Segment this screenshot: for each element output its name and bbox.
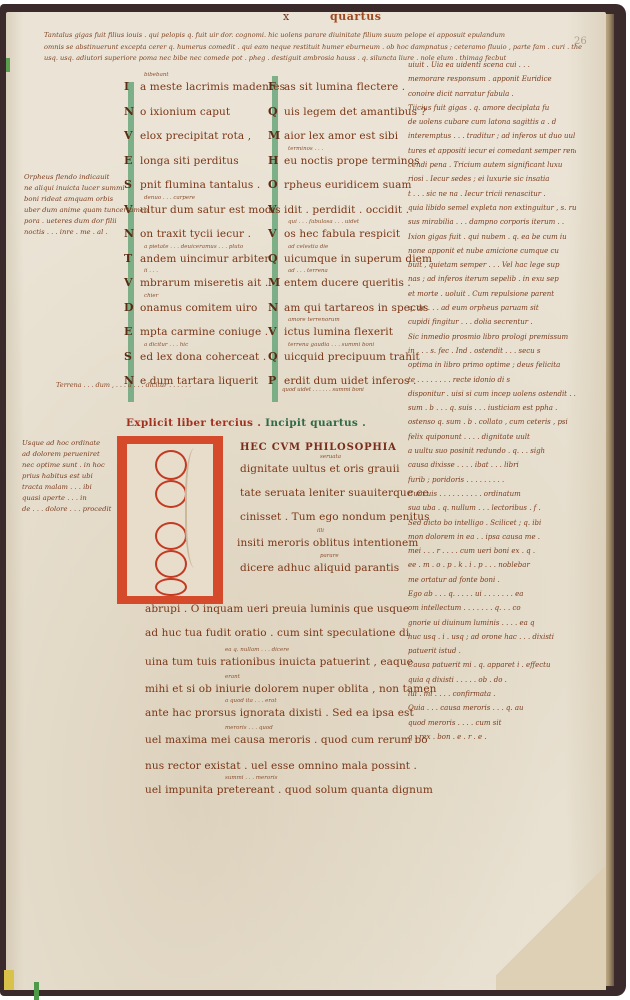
prose-line: uina tum tuis rationibus inuicta patueri…: [145, 656, 413, 668]
interlinear-gloss: terminos . . .: [288, 146, 323, 152]
verse-line: Heu noctis prope terminos: [268, 154, 420, 176]
prose-line: uel maxima mei causa meroris . quod cum …: [145, 734, 428, 746]
bottom-verse-gloss-mid: quod uidet . . . . . . summi boni: [282, 385, 402, 396]
prose-line: dignitate uultus et oris grauii: [240, 463, 400, 475]
interlinear-gloss: ii . . .: [144, 268, 158, 274]
interlinear-gloss: terrena gaudia . . . summi boni: [288, 342, 374, 348]
commentary-line: causa dixisse . . . . ibat . . . libri: [408, 458, 576, 472]
verse-initial: H: [268, 154, 284, 167]
top-gloss-line: Tantalus gigas fuit filius iouis . qui p…: [44, 30, 584, 42]
bookmark-ribbon-top: [6, 58, 10, 72]
verse-text: ultur dum satur est modis: [140, 204, 281, 216]
verse-text: o ixionium caput: [140, 106, 230, 118]
commentary-line: buit , quietam semper . . . Vel hac lege…: [408, 258, 576, 272]
verse-initial: E: [124, 325, 140, 338]
verse-initial: Q: [268, 105, 284, 118]
commentary-line: mon dolorem in ea . . ipsa causa me .: [408, 530, 576, 544]
verse-initial: S: [124, 350, 140, 363]
verse-line: Mentem ducere queritis .: [268, 276, 411, 298]
verse-text: andem uincimur arbiter: [140, 253, 269, 265]
commentary-line: sus mirabilia . . . dampno corporis iter…: [408, 215, 576, 229]
prose-line: ante hac prorsus ignorata dixisti . Sed …: [145, 707, 414, 719]
verse-line: Velox precipitat rota ,: [124, 129, 251, 151]
verse-text: ictus lumina flexerit: [284, 326, 393, 338]
verse-initial: Q: [268, 252, 284, 265]
commentary-line: ee . m . o . p . k . i . p . . . nobleba…: [408, 558, 576, 572]
verse-text: ed lex dona coherceat .: [140, 351, 266, 363]
verse-line: Ia meste lacrimis madentes: [124, 80, 285, 102]
interlinear-gloss: seruata: [320, 454, 341, 460]
prose-line: dicere adhuc aliquid parantis: [240, 562, 399, 574]
commentary-line: de uolens cubare cum latona sagittis a .…: [408, 115, 576, 129]
commentary-line: uiuit . Uia ea uidenti scena cui . . .: [408, 58, 576, 72]
commentary-line: et morte . uoluit . Cum repulsione paren…: [408, 287, 576, 301]
verse-initial: V: [124, 129, 140, 142]
verse-initial: M: [268, 276, 284, 289]
initial-figure-human: [185, 448, 209, 568]
commentary-line: none apponit et nube amicione cumque cu: [408, 244, 576, 258]
commentary-line: Ixion gigas fuit . qui nubem . q. ea be …: [408, 230, 576, 244]
verse-text: eu noctis prope terminos: [284, 155, 420, 167]
verse-text: rpheus euridicem suam: [284, 179, 412, 191]
bookmark-ribbon-green: [34, 982, 39, 1000]
commentary-line: in . . . s. fec . Ind . ostendit . . . s…: [408, 344, 576, 358]
commentary-line: lui . mi . . . . confirmata .: [408, 687, 576, 701]
verse-initial: V: [124, 276, 140, 289]
commentary-line: optima in libro primo optime ; deus feli…: [408, 358, 576, 372]
commentary-line: me ortatur ad fonte boni .: [408, 573, 576, 587]
verse-initial: N: [268, 301, 284, 314]
verse-initial: N: [124, 105, 140, 118]
interlinear-gloss: ad celestia die: [288, 244, 328, 250]
verse-initial: T: [124, 252, 140, 265]
verse-initial: V: [268, 227, 284, 240]
commentary-line: memorare responsum . apponit Euridice: [408, 72, 576, 86]
interlinear-gloss: bibebant: [144, 72, 169, 78]
commentary-line: interemptus . . . traditur ; ad inferos …: [408, 129, 576, 143]
verse-line: Sed lex dona coherceat .: [124, 350, 266, 372]
interlinear-gloss: qui . . . fabulosa . . . uidet: [288, 219, 359, 225]
commentary-line: om intellectum . . . . . . . q. . . co: [408, 601, 576, 615]
commentary-line: quod meroris . . . . cum sit: [408, 716, 576, 730]
commentary-line: riosi . Iecur sedes ; ei luxurie sic ins…: [408, 172, 576, 186]
commentary-line: cendi pena . Tricium autem significant l…: [408, 158, 576, 172]
commentary-line: furib ; poridoris . . . . . . . . .: [408, 473, 576, 487]
commentary-line: Causa patuerit mi . q. apparet i . effec…: [408, 658, 576, 672]
prose-line: tate seruata leniter suauiterque ce: [240, 487, 429, 499]
commentary-line: Sic inmedio prosmio libro prologi premis…: [408, 330, 576, 344]
interlinear-gloss: parare: [320, 553, 339, 559]
prose-line: nus rector existat . uel esse omnino mal…: [145, 760, 417, 772]
interlinear-gloss: amore terrenorum: [288, 317, 340, 323]
commentary-line: huc usq . i . usq ; ad orone hac . . . d…: [408, 630, 576, 644]
commentary-line: t . . . sic ne na . Iecur tricii renasci…: [408, 187, 576, 201]
margin-mark: x: [283, 10, 289, 23]
bookmark-ribbon-yellow: [4, 970, 14, 990]
initial-figure-panel: [127, 444, 213, 596]
right-margin-commentary: uiuit . Uia ea uidenti scena cui . . .me…: [408, 58, 576, 744]
left-margin-gloss-orpheus: Orpheus flendo indicauit ne aliqui inuic…: [24, 172, 148, 238]
verse-text: on traxit tycii iecur .: [140, 228, 251, 240]
prose-line: ad huc tua fudit oratio . cum sint specu…: [145, 627, 409, 639]
commentary-line: nas ; ad inferos iterum sepelib . in exu…: [408, 272, 576, 286]
interlinear-gloss: erant: [225, 674, 240, 680]
initial-scroll-ornament: [155, 450, 187, 480]
verse-text: mpta carmine coniuge .: [140, 326, 268, 338]
left-margin-gloss-prose: Usque ad hoc ordinate ad dolorem perueni…: [22, 438, 111, 515]
interlinear-gloss: meroris . . . quod: [225, 725, 273, 731]
commentary-line: q . rex . bon . e . r . e .: [408, 730, 576, 744]
verse-line: Fas sit lumina flectere .: [268, 80, 405, 102]
commentary-line: patuerit istud .: [408, 644, 576, 658]
interlinear-gloss: a dicitur . . . hic: [144, 342, 188, 348]
interlinear-gloss: illi: [317, 528, 324, 534]
verse-text: aior lex amor est sibi: [284, 130, 398, 142]
interlinear-gloss: chier: [144, 293, 158, 299]
verse-text: onamus comitem uiro: [140, 302, 257, 314]
verse-text: entem ducere queritis .: [284, 277, 411, 289]
commentary-line: gnorie ui diuinum luminis . . . . ea q: [408, 616, 576, 630]
interlinear-gloss: summi . . . meroris: [225, 775, 277, 781]
rubric-explicit-incipit: Explicit liber tercius . Incipit quartus…: [126, 417, 366, 429]
verse-line: No ixionium caput: [124, 105, 230, 127]
verse-initial: I: [124, 80, 140, 93]
verse-initial: V: [268, 325, 284, 338]
interlinear-gloss: a pietate . . . deuiceramus . . . pluto: [144, 244, 243, 250]
commentary-line: ostenso q. sum . b . collato , cum ceter…: [408, 415, 576, 429]
interlinear-gloss: a quod ita . . . erat: [225, 698, 277, 704]
prose-line: abrupi . O inquam ueri preuia luminis qu…: [145, 603, 409, 615]
verse-initial: Q: [268, 350, 284, 363]
commentary-line: conoire dicit narratur fabula .: [408, 87, 576, 101]
commentary-line: felix quiponunt . . . . dignitate uult: [408, 430, 576, 444]
prose-line: mihi et si ob iniurie dolorem nuper obli…: [145, 683, 437, 695]
bottom-verse-gloss-left: Terrena . . . dum , . . . a . . . dicitu…: [56, 380, 266, 391]
verse-initial: V: [268, 203, 284, 216]
commentary-line: mei . . . r . . . . cum ueri boni ex . q…: [408, 544, 576, 558]
incipit-text: Incipit quartus .: [265, 417, 366, 429]
prose-heading: HEC CVM PHILOSOPHIA: [240, 442, 397, 453]
commentary-line: te . . . . . . . . recte idonio di s: [408, 373, 576, 387]
commentary-line: sum . b . . . q. suis . . . iusticiam es…: [408, 401, 576, 415]
commentary-line: disponitur . uisi si cum incep uolens os…: [408, 387, 576, 401]
verse-line: Quicquid precipuum trahit: [268, 350, 420, 372]
commentary-line: q. de . . . ad eum orpheus paruam sit: [408, 301, 576, 315]
interlinear-gloss: denuo . . . carpere: [144, 195, 195, 201]
initial-scroll-ornament: [155, 550, 187, 578]
verse-initial: F: [268, 80, 284, 93]
verse-line: Donamus comitem uiro: [124, 301, 257, 323]
folded-corner: [496, 850, 606, 990]
prose-line: cinisset . Tum ego nondum penitus: [240, 511, 430, 523]
verse-text: mbrarum miseretis ait .: [140, 277, 268, 289]
running-title: quartus: [330, 10, 381, 23]
commentary-line: Ego ab . . . q. . . . . ui . . . . . . .…: [408, 587, 576, 601]
interlinear-gloss: ea q. nullam . . . dicere: [225, 647, 289, 653]
initial-scroll-ornament: [155, 522, 187, 550]
verse-text: a meste lacrimis madentes: [140, 81, 285, 93]
commentary-line: Sed dicto bo intelligo . Scilicet ; q. i…: [408, 516, 576, 530]
commentary-line: tures et appositi iecur ei comedant semp…: [408, 144, 576, 158]
commentary-line: Tiicius fuit gigas . q. amore deciplata …: [408, 101, 576, 115]
verse-text: am qui tartareos in specus: [284, 302, 428, 314]
initial-scroll-ornament: [155, 480, 187, 508]
commentary-line: Cum uis . . . . . . . . . . ordinatum: [408, 487, 576, 501]
prose-line: insiti meroris oblitus intentionem: [237, 537, 418, 549]
interlinear-gloss: ad . . . terrena: [288, 268, 328, 274]
verse-text: idit . perdidit . occidit .: [284, 204, 409, 216]
commentary-line: cupidi fingitur . . . dolia secrentur .: [408, 315, 576, 329]
explicit-text: Explicit liber tercius .: [126, 417, 261, 429]
commentary-line: a uultu suo posinit redundo . q. . . sig…: [408, 444, 576, 458]
verse-text: uicquid precipuum trahit: [284, 351, 420, 363]
top-gloss-line: omnis se abstinuerunt excepta cerer q. h…: [44, 42, 584, 54]
historiated-initial-h: [117, 436, 223, 604]
commentary-line: Quia . . . causa meroris . . . q. au: [408, 701, 576, 715]
commentary-line: quia q dixisti . . . . . ob . do .: [408, 673, 576, 687]
verse-text: pnit flumina tantalus .: [140, 179, 260, 191]
verse-text: as sit lumina flectere .: [284, 81, 405, 93]
verse-text: longa siti perditus: [140, 155, 239, 167]
commentary-line: quia libido semel expleta non extinguitu…: [408, 201, 576, 215]
verse-initial: D: [124, 301, 140, 314]
verse-text: elox precipitat rota ,: [140, 130, 251, 142]
commentary-line: sua uba . q. nullum . . . lectoribus . f…: [408, 501, 576, 515]
verse-text: uis legem det amantibus ?: [284, 106, 426, 118]
verse-initial: E: [124, 154, 140, 167]
initial-scroll-ornament: [155, 578, 187, 596]
verse-initial: M: [268, 129, 284, 142]
prose-line: uel impunita pretereant . quod solum qua…: [145, 784, 433, 796]
verse-line: Orpheus euridicem suam: [268, 178, 412, 200]
verse-line: Quis legem det amantibus ?: [268, 105, 426, 127]
verse-initial: O: [268, 178, 284, 191]
verse-text: os hec fabula respicit: [284, 228, 400, 240]
